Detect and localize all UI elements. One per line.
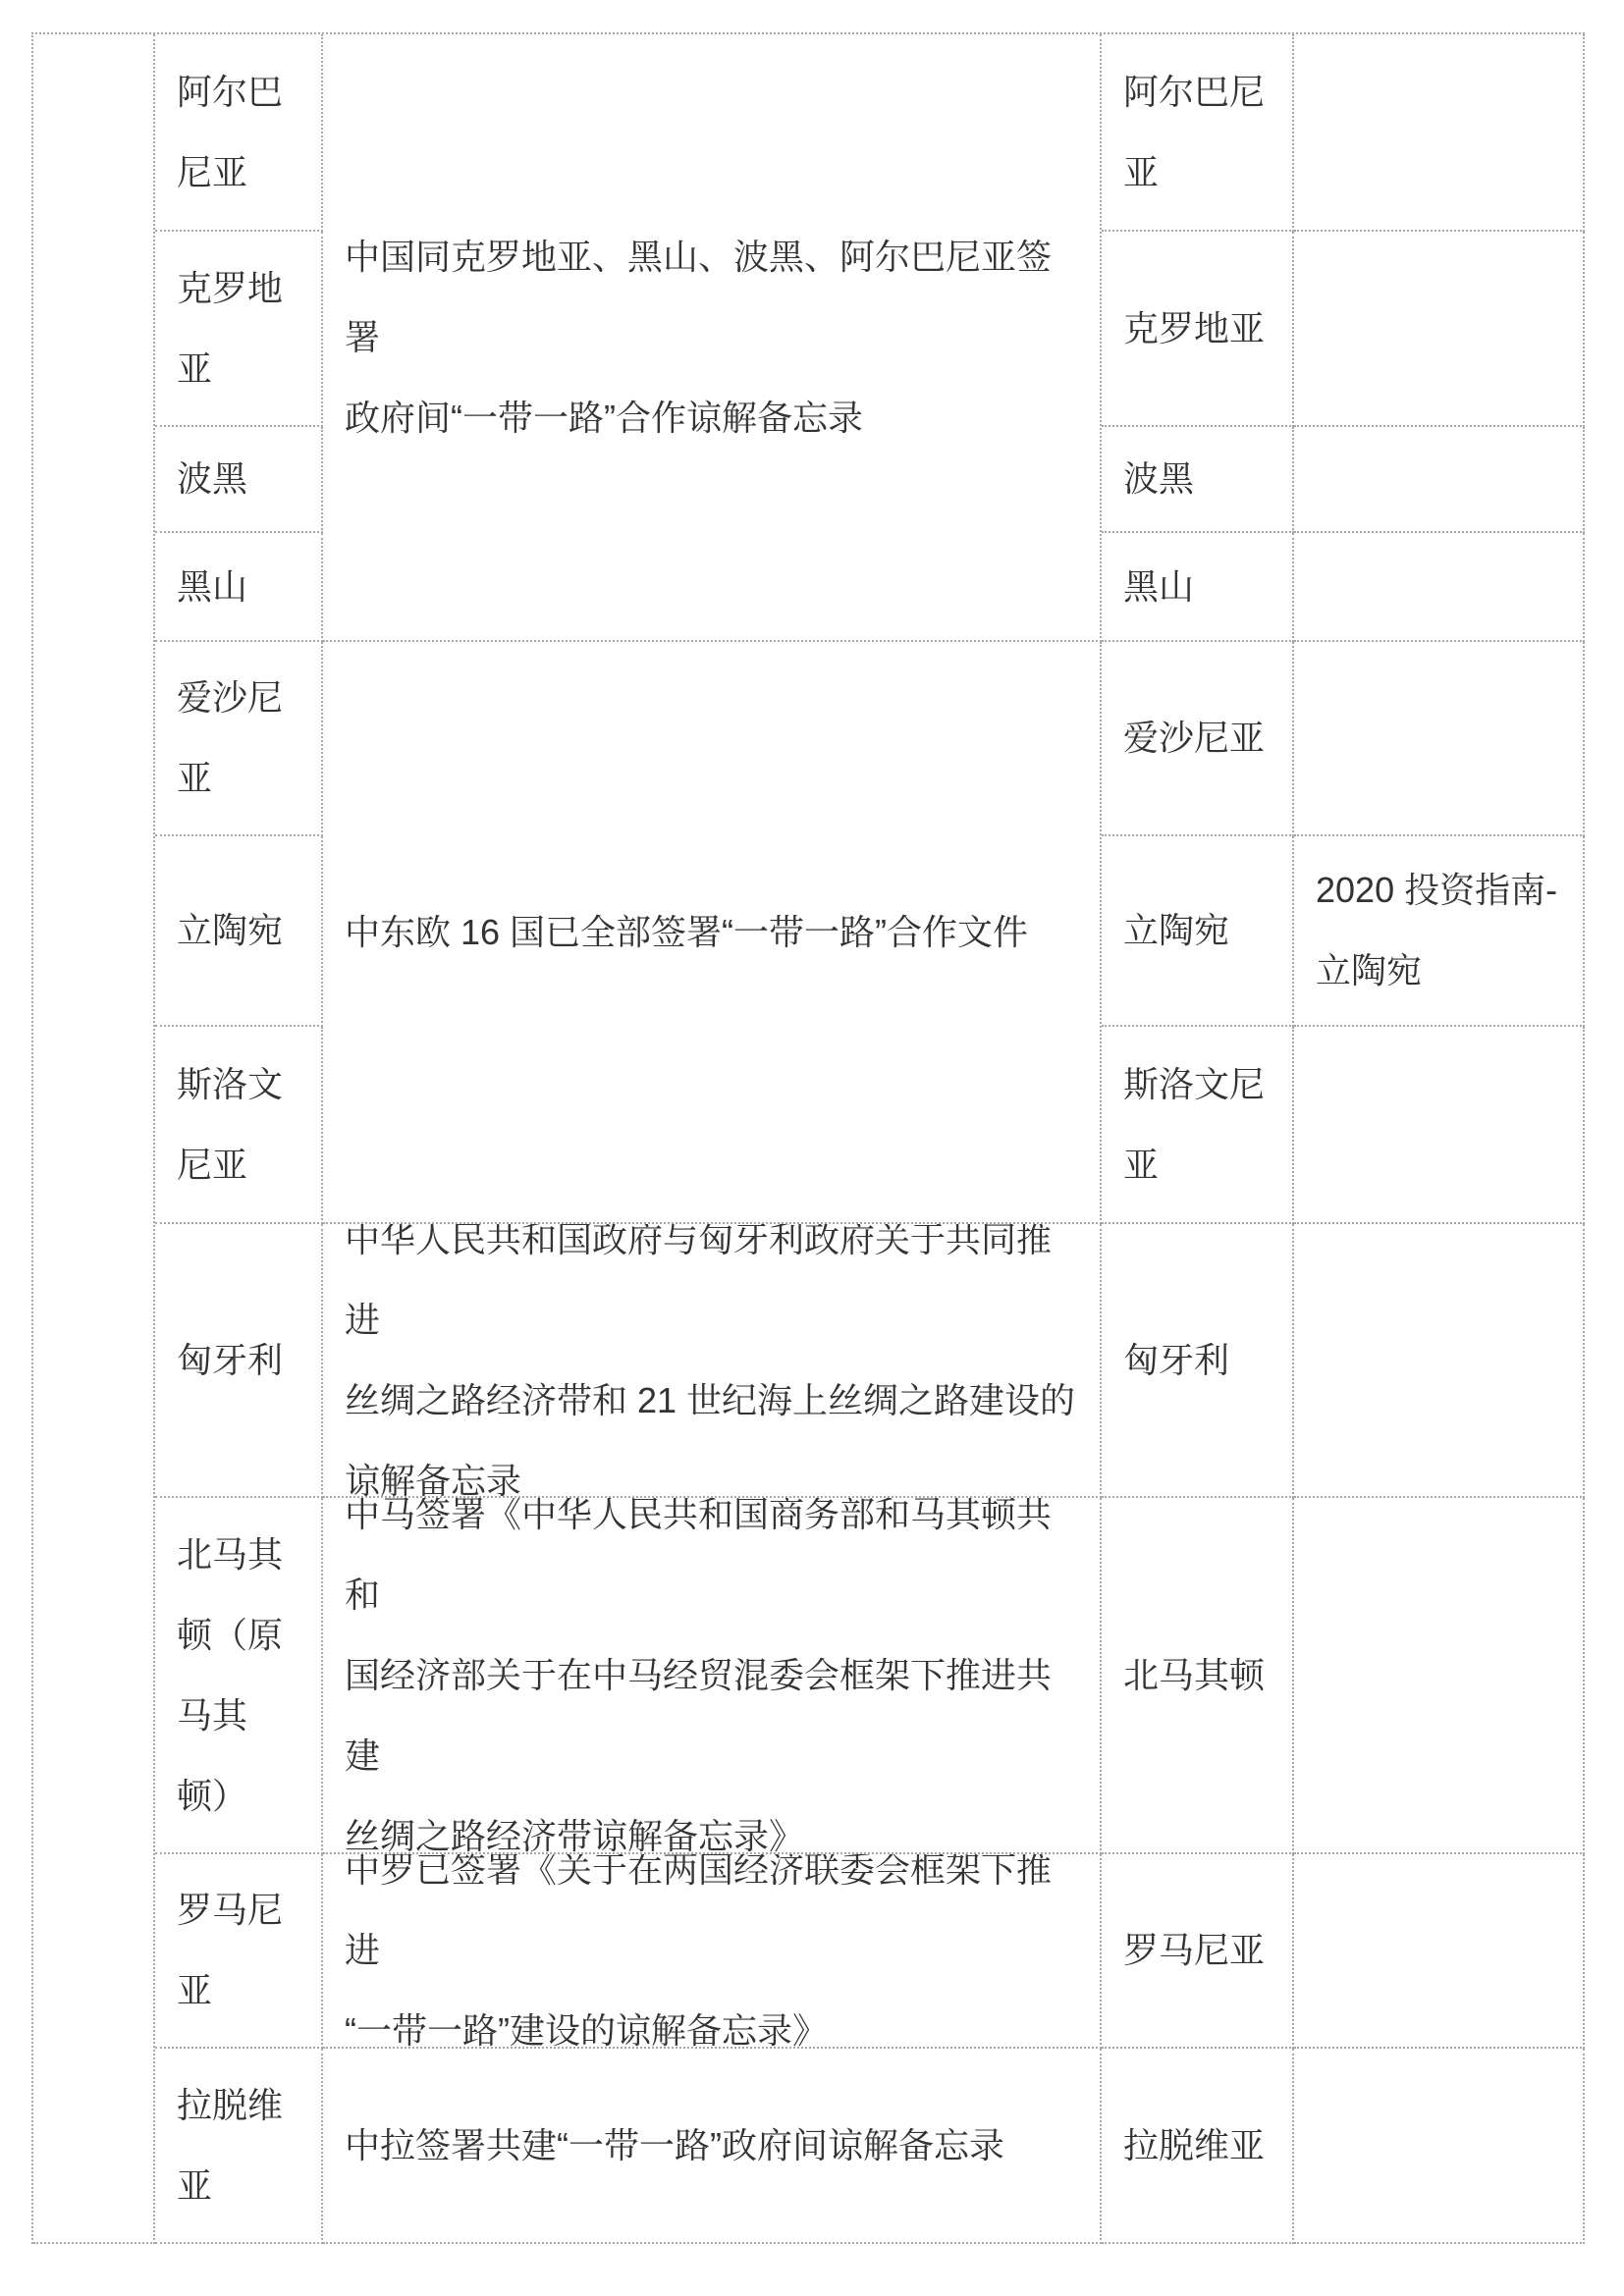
reference-cell: 2020 投资指南- 立陶宛 [1294, 836, 1585, 1027]
country-cell: 立陶宛 [155, 836, 323, 1027]
country-cell: 克罗地 亚 [155, 232, 323, 427]
country-cell: 克罗地亚 [1102, 232, 1294, 427]
country-cell: 匈牙利 [155, 1224, 323, 1498]
country-cell: 黑山 [1102, 533, 1294, 642]
reference-cell [1294, 1498, 1585, 1854]
country-cell: 匈牙利 [1102, 1224, 1294, 1498]
country-cell: 波黑 [155, 427, 323, 533]
description-cell: 中罗已签署《关于在两国经济联委会框架下推进 “一带一路”建设的谅解备忘录》 [323, 1854, 1102, 2049]
country-cell: 北马其 顿（原 马其 顿） [155, 1498, 323, 1854]
country-cell: 斯洛文 尼亚 [155, 1027, 323, 1224]
country-cell: 阿尔巴尼 亚 [1102, 34, 1294, 232]
description-cell: 中马签署《中华人民共和国商务部和马其顿共和 国经济部关于在中马经贸混委会框架下推… [323, 1498, 1102, 1854]
description-cell: 中国同克罗地亚、黑山、波黑、阿尔巴尼亚签署 政府间“一带一路”合作谅解备忘录 [323, 34, 1102, 642]
reference-cell [1294, 1224, 1585, 1498]
country-cell: 阿尔巴 尼亚 [155, 34, 323, 232]
reference-cell [1294, 1854, 1585, 2049]
spacer-column-cell [33, 34, 155, 2244]
reference-cell [1294, 34, 1585, 232]
document-page: 阿尔巴 尼亚 克罗地 亚 波黑 黑山 爱沙尼 亚 立陶宛 斯洛文 尼亚 匈牙利 … [0, 0, 1624, 2296]
reference-cell [1294, 1027, 1585, 1224]
reference-cell [1294, 642, 1585, 836]
country-cell: 爱沙尼 亚 [155, 642, 323, 836]
country-cell: 拉脱维 亚 [155, 2049, 323, 2244]
country-cell: 北马其顿 [1102, 1498, 1294, 1854]
country-cell: 立陶宛 [1102, 836, 1294, 1027]
country-cell: 斯洛文尼 亚 [1102, 1027, 1294, 1224]
description-cell: 中东欧 16 国已全部签署“一带一路”合作文件 [323, 642, 1102, 1224]
country-cell: 拉脱维亚 [1102, 2049, 1294, 2244]
description-cell: 中华人民共和国政府与匈牙利政府关于共同推进 丝绸之路经济带和 21 世纪海上丝绸… [323, 1224, 1102, 1498]
reference-cell [1294, 2049, 1585, 2244]
country-cell: 波黑 [1102, 427, 1294, 533]
reference-cell [1294, 232, 1585, 427]
reference-cell [1294, 427, 1585, 533]
reference-cell [1294, 533, 1585, 642]
description-cell: 中拉签署共建“一带一路”政府间谅解备忘录 [323, 2049, 1102, 2244]
country-cell: 罗马尼亚 [1102, 1854, 1294, 2049]
country-cell: 黑山 [155, 533, 323, 642]
cooperation-table: 阿尔巴 尼亚 克罗地 亚 波黑 黑山 爱沙尼 亚 立陶宛 斯洛文 尼亚 匈牙利 … [31, 32, 1585, 2244]
country-cell: 爱沙尼亚 [1102, 642, 1294, 836]
country-cell: 罗马尼 亚 [155, 1854, 323, 2049]
